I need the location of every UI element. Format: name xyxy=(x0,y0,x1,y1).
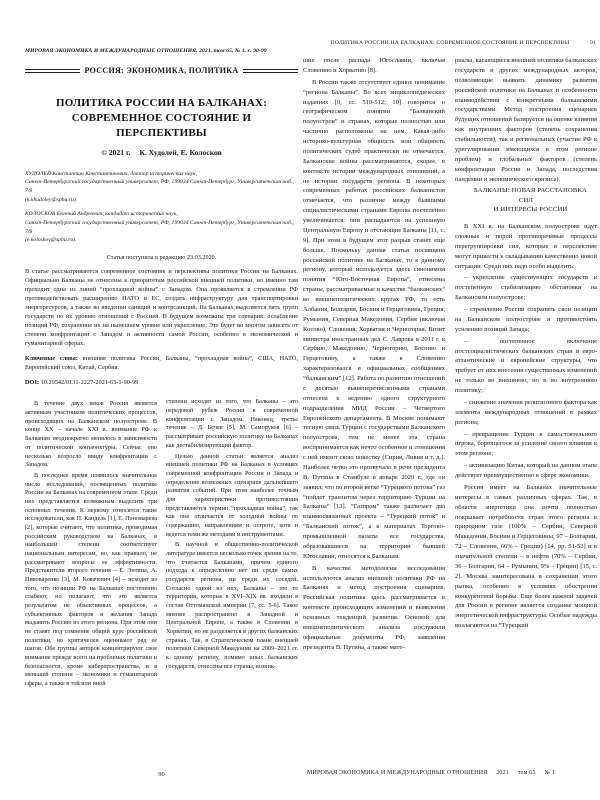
author2-line2: Санкт-Петербургский государственный унив… xyxy=(25,219,298,237)
doi-label: DOI: xyxy=(25,379,39,386)
body-paragraph: В последнее время появилось значительное… xyxy=(25,472,157,689)
body-columns-page90: В течение двух веков Россия является акт… xyxy=(25,398,298,796)
footer-journal-name: МИРОВАЯ ЭКОНОМИКА И МЕЖДУНАРОДНЫЕ ОТНОШЕ… xyxy=(307,770,487,776)
author2-line1: КОЛОСКОВ Евгений Андреевич, кандидат ист… xyxy=(25,210,298,219)
keywords: Ключевые слова: внешняя политика России,… xyxy=(25,355,298,373)
section-heading: БАЛКАНЫ: НОВАЯ РАССТАНОВКА СИЛ И ИНТЕРЕС… xyxy=(458,186,594,215)
footer-year: 2021 xyxy=(496,770,509,776)
byline-authors: К. Худолей, Е. Колосков xyxy=(139,148,221,157)
body-paragraph: Россия имеет на Балканах значительные ин… xyxy=(455,483,597,631)
keywords-label: Ключевые слова: xyxy=(25,355,78,362)
page90-column-1: В течение двух веков Россия является акт… xyxy=(25,398,157,796)
article-title-line2: СОВРЕМЕННОЕ СОСТОЯНИЕ И ПЕРСПЕКТИВЫ xyxy=(25,111,298,141)
author-block-2: КОЛОСКОВ Евгений Андреевич, кандидат ист… xyxy=(25,210,298,245)
body-paragraph: Целью данной статьи является анализ внеш… xyxy=(166,453,298,540)
footer-volume: том 65 xyxy=(518,770,536,776)
byline-copyright: © 2021 г. xyxy=(101,148,130,157)
bullet-item: – снижение значения религиозного фактора… xyxy=(455,398,597,428)
body-paragraph-continuation: степени исходят из того, что Балканы – э… xyxy=(166,398,298,450)
bullet-item: – укрепление существующих государств и п… xyxy=(455,273,597,303)
page-91: ПОЛИТИКА РОССИИ НА БАЛКАНАХ: СОВРЕМЕННОЕ… xyxy=(303,40,597,780)
author1-line2: Санкт-Петербургский государственный унив… xyxy=(25,178,298,196)
received-date-line: Статья поступила в редакцию 23.03.2020. xyxy=(25,254,298,261)
page-90: МИРОВАЯ ЭКОНОМИКА И МЕЖДУНАРОДНЫЕ ОТНОШЕ… xyxy=(25,48,298,778)
abstract: В статье рассматриваются современное сос… xyxy=(25,268,298,348)
page90-column-2: степени исходят из того, что Балканы – э… xyxy=(166,398,298,796)
journal-two-page-scan: МИРОВАЯ ЭКОНОМИКА И МЕЖДУНАРОДНЫЕ ОТНОШЕ… xyxy=(0,0,600,800)
footer-issue: № 1 xyxy=(545,770,556,776)
article-byline: © 2021 г.К. Худолей, Е. Колосков xyxy=(25,148,298,157)
body-paragraph-continuation: шие после распада Югославии, включая Сло… xyxy=(303,56,445,76)
author1-line1: ХУДОЛЕЙ Константин Константинович, докто… xyxy=(25,170,298,179)
banner-rule-left xyxy=(25,69,80,73)
page-number-90: 90 xyxy=(25,771,298,778)
author-block-1: ХУДОЛЕЙ Константин Константинович, докто… xyxy=(25,170,298,205)
page91-column-2: риалы, касающиеся внешней политики балка… xyxy=(455,56,597,738)
page-number-91: 91 xyxy=(590,40,596,46)
body-paragraph-continuation: риалы, касающиеся внешней политики балка… xyxy=(455,56,597,184)
author1-email: (k.khudoley@spbu.ru). xyxy=(25,196,298,205)
author-affiliations: ХУДОЛЕЙ Константин Константинович, докто… xyxy=(25,170,298,246)
body-paragraph: В качестве методологии исследования испо… xyxy=(303,564,445,653)
bullet-item: – активизацию Китая, который на данном э… xyxy=(455,461,597,481)
body-paragraph: В течение двух веков Россия является акт… xyxy=(25,400,157,469)
author2-email: (e.koloskov@spbu.ru). xyxy=(25,236,298,245)
article-title-line1: ПОЛИТИКА РОССИИ НА БАЛКАНАХ: xyxy=(25,96,298,111)
body-paragraph: В научной и общественно-политической лит… xyxy=(166,541,298,671)
body-paragraph: В России также отсутствует единое понима… xyxy=(303,78,445,562)
section-heading-line1: БАЛКАНЫ: НОВАЯ РАССТАНОВКА СИЛ xyxy=(458,186,594,205)
section-heading-line2: И ИНТЕРЕСЫ РОССИИ xyxy=(458,205,594,215)
body-columns-page91: шие после распада Югославии, включая Сло… xyxy=(303,56,597,738)
banner-rule-right xyxy=(243,69,298,73)
running-head-right-title: ПОЛИТИКА РОССИИ НА БАЛКАНАХ: СОВРЕМЕННОЕ… xyxy=(331,40,570,46)
page91-column-1: шие после распада Югославии, включая Сло… xyxy=(303,56,445,738)
article-title: ПОЛИТИКА РОССИИ НА БАЛКАНАХ: СОВРЕМЕННОЕ… xyxy=(25,96,298,141)
running-head-left: МИРОВАЯ ЭКОНОМИКА И МЕЖДУНАРОДНЫЕ ОТНОШЕ… xyxy=(25,48,298,54)
body-paragraph: В XXI в. на Балканском полуострове идут … xyxy=(455,222,597,271)
doi-line: DOI: 10.20542/0131-2227-2021-65-1-90-99 xyxy=(25,379,298,386)
journal-footer: МИРОВАЯ ЭКОНОМИКА И МЕЖДУНАРОДНЫЕ ОТНОШЕ… xyxy=(307,770,597,776)
bullet-item: – превращение Турции в самостоятельного … xyxy=(455,430,597,460)
bullet-item: – постепенное включение постсоциалистиче… xyxy=(455,337,597,396)
section-banner: РОССИЯ: ЭКОНОМИКА, ПОЛИТИКА xyxy=(25,66,298,75)
doi-value: 10.20542/0131-2227-2021-65-1-90-99 xyxy=(39,379,138,386)
bullet-item: – стремление России сохранить свои позиц… xyxy=(455,305,597,335)
running-head-right: ПОЛИТИКА РОССИИ НА БАЛКАНАХ: СОВРЕМЕННОЕ… xyxy=(303,40,597,46)
section-banner-label: РОССИЯ: ЭКОНОМИКА, ПОЛИТИКА xyxy=(85,66,239,75)
